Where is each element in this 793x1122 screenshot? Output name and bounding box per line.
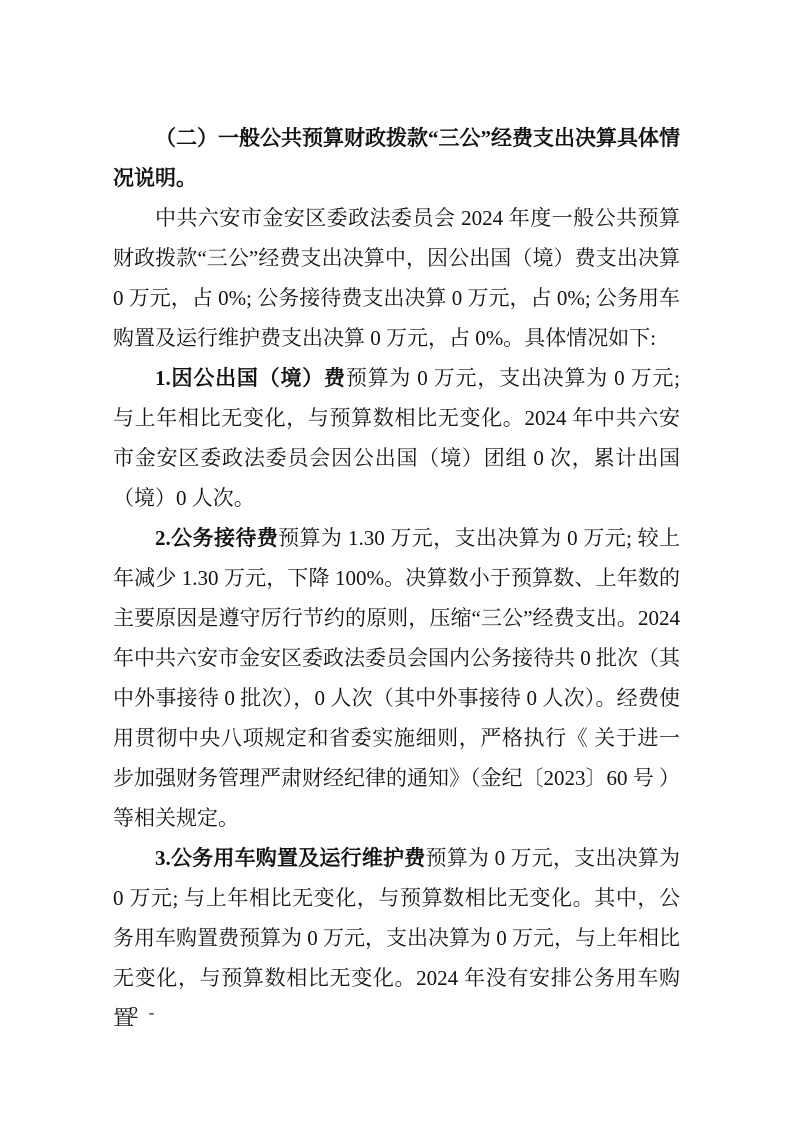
document-body: （二）一般公共预算财政拨款“三公”经费支出决算具体情况说明。 中共六安市金安区委…	[113, 118, 680, 1038]
section-heading: （二）一般公共预算财政拨款“三公”经费支出决算具体情况说明。	[113, 118, 680, 198]
paragraph-summary: 中共六安市金安区委政法委员会 2024 年度一般公共预算财政拨款“三公”经费支出…	[113, 198, 680, 358]
paragraph-text: 预算为 0 万元，支出决算为 0 万元; 与上年相比无变化，与预算数相比无变化。…	[113, 846, 680, 1030]
page-number: - 2 -	[114, 1002, 157, 1024]
paragraph-item-1: 1.因公出国（境）费预算为 0 万元，支出决算为 0 万元; 与上年相比无变化，…	[113, 358, 680, 518]
paragraph-item-3: 3.公务用车购置及运行维护费预算为 0 万元，支出决算为 0 万元; 与上年相比…	[113, 838, 680, 1038]
paragraph-text: 中共六安市金安区委政法委员会 2024 年度一般公共预算财政拨款“三公”经费支出…	[113, 206, 680, 350]
document-page: （二）一般公共预算财政拨款“三公”经费支出决算具体情况说明。 中共六安市金安区委…	[0, 0, 793, 1122]
paragraph-lead-reception-fee: 2.公务接待费	[155, 526, 278, 550]
paragraph-lead-vehicle-fee: 3.公务用车购置及运行维护费	[155, 846, 425, 870]
paragraph-text: 预算为 1.30 万元，支出决算为 0 万元; 较上年减少 1.30 万元，下降…	[113, 526, 680, 830]
paragraph-item-2: 2.公务接待费预算为 1.30 万元，支出决算为 0 万元; 较上年减少 1.3…	[113, 518, 680, 838]
paragraph-lead-abroad-fee: 1.因公出国（境）费	[155, 366, 346, 390]
